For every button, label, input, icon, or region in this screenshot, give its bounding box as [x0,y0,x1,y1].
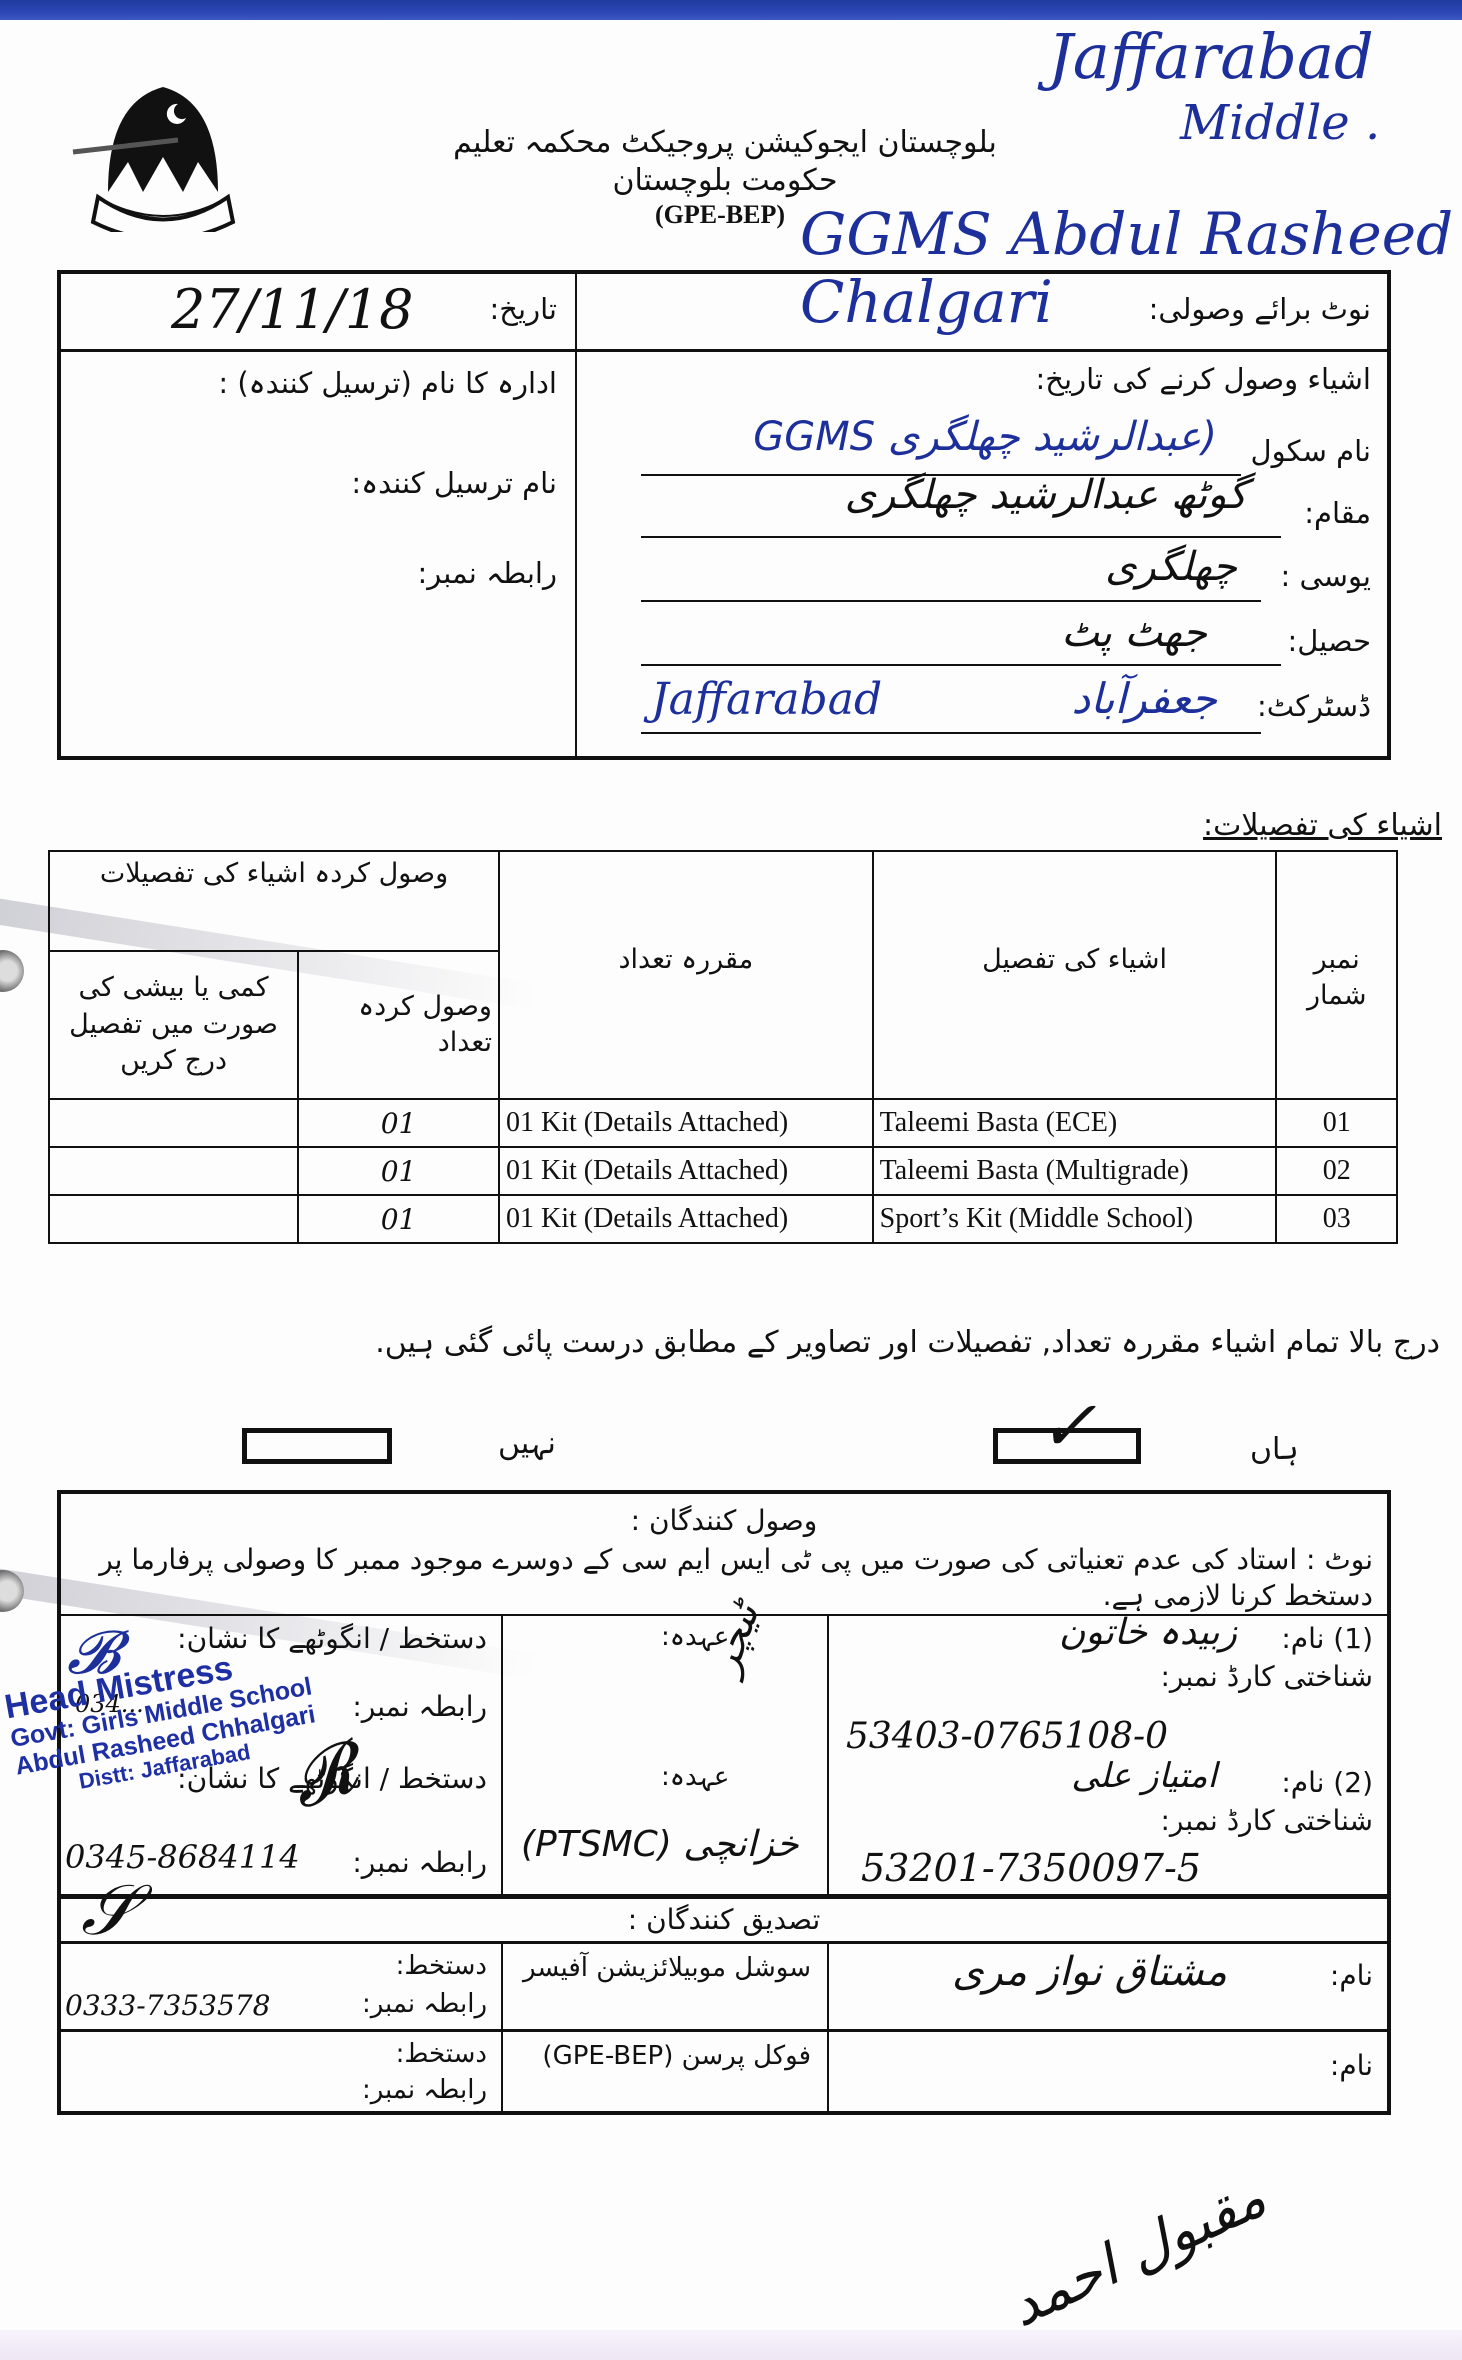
uc-value[interactable]: چھلگری [1105,544,1237,590]
verifier1-role: سوشل موبیلائزیشن آفیسر [511,1951,811,1986]
member2-cnic-value[interactable]: 53201-7350097-5 [861,1846,1201,1890]
table-row: 01 01 Kit (Details Attached) Taleemi Bas… [49,1099,1397,1147]
description-cell: Taleemi Basta (Multigrade) [873,1147,1277,1195]
sender-name-label: نام ترسیل کنندہ: [351,466,557,500]
member2-name-label: (2) نام: [1281,1766,1373,1799]
header-shortfall: کمی یا بیشی کی صورت میں تفصیل درج کریں [49,951,298,1099]
verifiers-box: تصدیق کنندگان : نام: مشتاق نواز مری سوشل… [57,1895,1391,2115]
shortfall-cell[interactable] [49,1099,298,1147]
no-label: نہیں [498,1426,556,1461]
district-value-english[interactable]: Jaffarabad [651,674,882,725]
receive-date-label: اشیاء وصول کرنے کی تاریخ: [1036,362,1371,396]
receipt-info-box: تاریخ: 27/11/18 ادارہ کا نام (ترسیل کنند… [57,270,1391,760]
header-description: اشیاء کی تفصیل [873,851,1277,1099]
header-received-group: وصول کردہ اشیاء کی تفصیلات [49,851,499,951]
serial-cell: 03 [1276,1195,1397,1243]
items-table: وصول کردہ اشیاء کی تفصیلات مقررہ تعداد ا… [48,850,1398,1244]
district-value-urdu[interactable]: جعفرآباد [1071,674,1217,723]
verifier1-signature-icon: 𝒮 [81,1869,135,1952]
received-qty-cell[interactable]: 01 [298,1147,499,1195]
no-checkbox[interactable] [242,1428,392,1464]
verifier2-contact-label: رابطہ نمبر: [362,2075,487,2105]
sender-contact-label: رابطہ نمبر: [418,556,558,590]
footer-handwritten-signature: مقبول احمد [999,2165,1275,2340]
received-qty-cell[interactable]: 01 [298,1099,499,1147]
receipt-note-label: نوٹ برائے وصولی: [1149,292,1371,326]
member2-designation-label: عہدہ: [661,1762,729,1792]
items-section-title: اشیاء کی تفصیلات: [1203,808,1442,843]
location-label: مقام: [1304,496,1371,530]
serial-cell: 01 [1276,1099,1397,1147]
member2-contact-label: رابطہ نمبر: [352,1846,487,1879]
yes-label: ہاں [1250,1432,1299,1467]
verifier1-contact-value[interactable]: 0333-7353578 [65,1989,270,2022]
received-qty-cell[interactable]: 01 [298,1195,499,1243]
location-value[interactable]: گوٹھ عبدالرشید چھلگری [845,472,1247,518]
date-value[interactable]: 27/11/18 [171,278,414,341]
verifier2-name-label: نام: [1330,2049,1373,2082]
description-cell: Sport’s Kit (Middle School) [873,1195,1277,1243]
punch-hole [0,1570,24,1612]
handwritten-level: Middle . [1180,95,1380,151]
uc-label: یوسی : [1280,559,1371,593]
receivers-title: وصول کنندگان : [61,1504,1387,1537]
member1-name-value[interactable]: زبیدہ خاتون [1059,1612,1237,1653]
header-received-qty: وصول کردہ تعداد [298,951,499,1099]
school-name-value[interactable]: GGMS عبدالرشید چھلگری) [753,414,1217,460]
serial-cell: 02 [1276,1147,1397,1195]
tehsil-value[interactable]: جھٹ پٹ [1061,610,1207,656]
top-scan-band [0,0,1462,20]
punch-hole [0,950,24,992]
handwritten-district: Jaffarabad [1048,20,1374,93]
verifiers-title: تصدیق کنندگان : [61,1903,1387,1936]
school-name-label: نام سکول [1251,434,1371,468]
member1-contact-label: رابطہ نمبر: [352,1690,487,1723]
prescribed-qty-cell: 01 Kit (Details Attached) [499,1195,873,1243]
header-title-line1: بلوچستان ایجوکیشن پروجیکٹ محکمہ تعلیم [360,125,1090,160]
member1-name-label: (1) نام: [1281,1622,1373,1655]
header-title-line2: حکومت بلوچستان [360,163,1090,198]
institution-label: ادارہ کا نام (ترسیل کنندہ) : [77,362,557,406]
prescribed-qty-cell: 01 Kit (Details Attached) [499,1147,873,1195]
verifier1-name-label: نام: [1330,1959,1373,1992]
member2-designation-value[interactable]: خزانچی (PTSMC) [521,1824,799,1865]
yes-checkbox[interactable]: ✓ [993,1428,1141,1464]
member2-name-value[interactable]: امتیاز علی [1071,1756,1217,1796]
verifier2-role: فوکل پرسن (GPE-BEP) [511,2039,811,2074]
verifier1-signature-label: دستخط: [396,1951,487,1981]
shortfall-cell[interactable] [49,1147,298,1195]
header-serial: نمبر شمار [1276,851,1397,1099]
table-row: 01 01 Kit (Details Attached) Taleemi Bas… [49,1147,1397,1195]
header-prescribed-qty: مقررہ تعداد [499,851,873,1099]
shortfall-cell[interactable] [49,1195,298,1243]
scan-bottom-edge [0,2330,1462,2360]
date-label: تاریخ: [490,292,557,326]
district-label: ڈسٹرکٹ: [1257,689,1371,723]
table-row: 01 01 Kit (Details Attached) Sport’s Kit… [49,1195,1397,1243]
verifier2-signature-label: دستخط: [396,2039,487,2069]
confirmation-statement: درج بالا تمام اشیاء مقررہ تعداد, تفصیلات… [30,1320,1440,1365]
member1-cnic-value[interactable]: 53403-0765108-0 [846,1716,1168,1757]
member1-id-label: شناختی کارڈ نمبر: [1160,1660,1373,1693]
prescribed-qty-cell: 01 Kit (Details Attached) [499,1099,873,1147]
checkmark-icon: ✓ [1038,1385,1097,1467]
tehsil-label: حصیل: [1287,624,1371,658]
verifier1-contact-label: رابطہ نمبر: [362,1989,487,2019]
member2-id-label: شناختی کارڈ نمبر: [1160,1804,1373,1837]
balochistan-emblem-icon [68,82,248,232]
description-cell: Taleemi Basta (ECE) [873,1099,1277,1147]
verifier1-name-value[interactable]: مشتاق نواز مری [952,1949,1227,1995]
